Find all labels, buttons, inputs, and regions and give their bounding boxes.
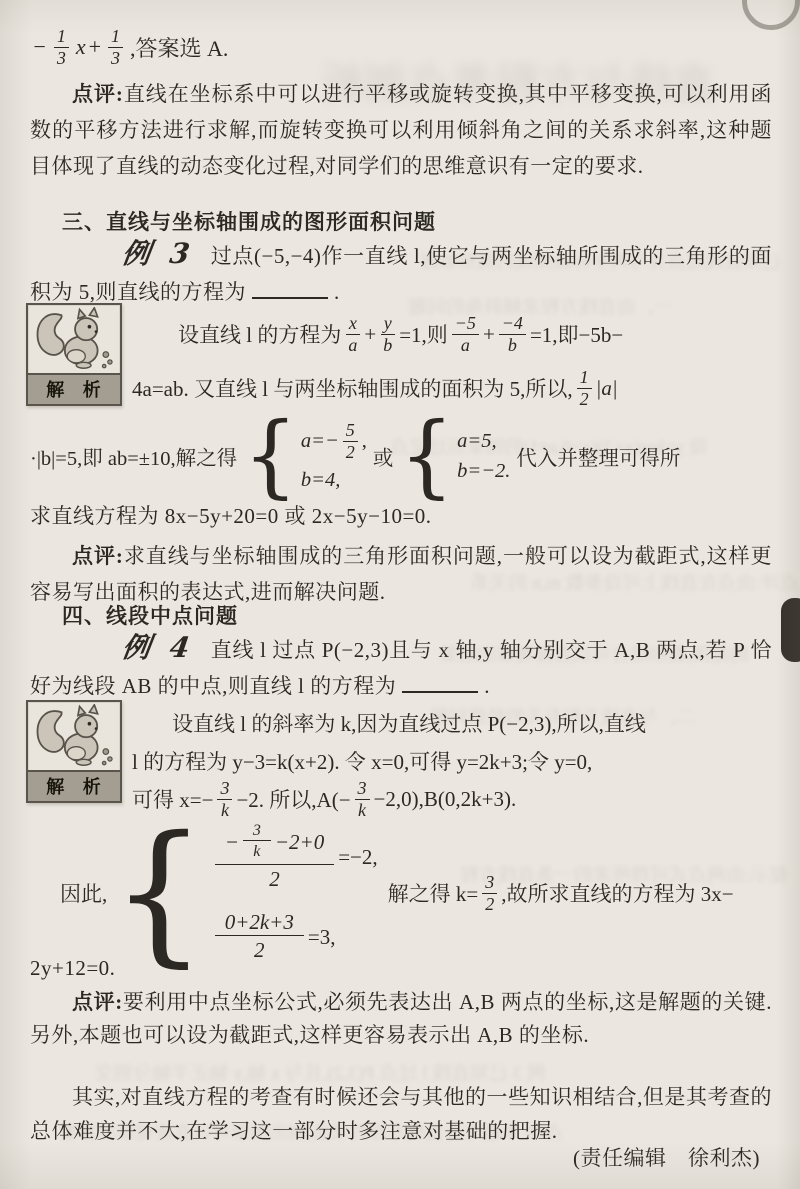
analysis-mascot-box: 解 析	[26, 700, 122, 803]
example-3-solution: 设直线 l 的方程为 xa + yb =1,则 −5a + −4b =1,即−5…	[132, 306, 777, 414]
fraction-denominator: a	[345, 335, 360, 356]
fraction-one-third: 13	[108, 26, 123, 68]
fraction-three-halves: 32	[482, 872, 497, 914]
comment-label: 点评:	[72, 990, 123, 1014]
fraction-numerator: 3	[243, 822, 271, 841]
period: .	[334, 280, 340, 304]
plus-sign: +	[364, 322, 376, 347]
fraction-numerator: 1	[577, 367, 592, 389]
variable-x: x	[76, 34, 86, 60]
intro-formula-line: − 13 x + 13 ,答案选 A.	[32, 26, 228, 68]
fraction-numerator: 3	[217, 778, 232, 800]
equation-continuation: 2y+12=0.	[30, 950, 772, 986]
fraction-numerator: 3	[355, 778, 370, 800]
fraction-three-over-k: 3k	[243, 822, 271, 864]
solution-text: −2,0),B(0,2k+3).	[374, 787, 517, 812]
comment-paragraph-1: 点评:直线在坐标系中可以进行平移或旋转变换,其中平移变换,可以利用函数的平移方法…	[30, 76, 772, 184]
fraction-numerator: x	[346, 313, 360, 335]
answer-blank	[402, 670, 478, 693]
section-heading-3: 三、直线与坐标轴围成的图形面积问题	[62, 206, 436, 236]
numerator-text: 0+2k+3	[225, 910, 294, 935]
solution-text: =1,即−5b−	[530, 319, 623, 349]
solution-text: 4a=ab. 又直线 l 与两坐标轴围成的面积为 5,所以,	[132, 373, 573, 403]
fraction-one-third: 13	[54, 26, 69, 68]
system-conclusion: 解之得 k= 32 ,故所求直线的方程为 3x−	[388, 872, 734, 914]
answer-choice-text: ,答案选 A.	[130, 32, 228, 63]
example-3-result: 求直线方程为 8x−5y+20=0 或 2x−5y−10=0.	[30, 498, 772, 534]
case-system-1: { a=−52, b=4,	[243, 420, 367, 492]
fraction-denominator: 2	[577, 389, 592, 410]
fraction-denominator: b	[505, 335, 520, 356]
fraction-denominator: k	[218, 800, 232, 821]
fraction-denominator: 3	[108, 48, 123, 69]
comment-text: 直线在坐标系中可以进行平移或旋转变换,其中平移变换,可以利用函数的平移方法进行求…	[30, 82, 772, 178]
solution-text: 代入并整理可得所	[516, 441, 680, 471]
plus-sign: +	[483, 322, 495, 347]
fraction-numerator: 1	[54, 26, 69, 48]
solution-text: 设直线 l 的方程为	[178, 319, 341, 349]
case-line: a=−52,	[301, 420, 367, 462]
page-ring-artifact	[742, 0, 800, 30]
solution-line: 设直线 l 的斜率为 k,因为直线过点 P(−2,3),所以,直线	[132, 704, 777, 742]
left-brace: {	[243, 420, 298, 492]
fraction-x-over-a: xa	[345, 313, 360, 355]
fraction-y-over-b: yb	[380, 313, 395, 355]
fraction-denominator: a	[458, 335, 473, 356]
example-3-label: 例 3	[74, 236, 197, 272]
fraction-denominator: b	[380, 335, 395, 356]
comment-label: 点评:	[72, 544, 123, 568]
solution-line: 设直线 l 的方程为 xa + yb =1,则 −5a + −4b =1,即−5…	[132, 306, 777, 362]
fraction-denominator: 2	[482, 894, 497, 915]
case-system-2: { a=5, b=−2.	[399, 422, 510, 491]
denominator-text: 2	[259, 865, 290, 894]
fraction-five-halves: 52	[343, 420, 358, 462]
page-edge-mark	[781, 598, 800, 662]
midpoint-equation-system: 因此, { − 3k −2+0 2 =−2, 0+2k+3 2	[60, 822, 734, 965]
answer-blank	[252, 276, 328, 299]
solution-text: |a|	[596, 376, 618, 401]
numerator-text: −	[225, 830, 239, 855]
big-fraction: − 3k −2+0 2	[215, 822, 335, 894]
section-heading-4: 四、线段中点问题	[62, 600, 238, 630]
fraction-numerator: 3	[482, 872, 497, 894]
system-lead: 因此,	[60, 878, 107, 908]
example-4-statement: 例 4直线 l 过点 P(−2,3)且与 x 轴,y 轴分别交于 A,B 两点,…	[30, 630, 772, 704]
comment-text: 要利用中点坐标公式,必须先表达出 A,B 两点的坐标,这是解题的关键. 另外,本…	[30, 990, 772, 1047]
analysis-mascot-box: 解 析	[26, 303, 122, 406]
fraction-denominator: k	[355, 800, 369, 821]
system-equation-1: − 3k −2+0 2 =−2,	[211, 822, 378, 894]
left-brace: {	[399, 420, 454, 492]
fraction-one-half: 12	[577, 367, 592, 409]
fraction-denominator: k	[243, 841, 270, 863]
case-line: a=5,	[457, 430, 496, 453]
equation-rhs: =3,	[308, 925, 336, 950]
fraction-numerator: 1	[108, 26, 123, 48]
left-brace: {	[111, 838, 206, 948]
example-4-label: 例 4	[74, 630, 197, 666]
fraction-neg4-over-b: −4b	[499, 313, 526, 355]
squirrel-illustration	[28, 702, 120, 770]
fraction-three-over-k: 3k	[355, 778, 370, 820]
period: .	[484, 674, 490, 698]
or-word: 或	[373, 441, 394, 471]
example-4-solution: 设直线 l 的斜率为 k,因为直线过点 P(−2,3),所以,直线 l 的方程为…	[132, 704, 777, 780]
analysis-label: 解 析	[28, 770, 120, 801]
analysis-label-text: 解 析	[46, 380, 108, 400]
fraction-numerator: −4	[499, 313, 526, 335]
equation-rhs: =−2,	[338, 845, 377, 870]
numerator-text: −2+0	[275, 830, 324, 855]
case-text: a=−	[301, 430, 339, 453]
fraction-denominator: 3	[54, 48, 69, 69]
closing-paragraph: 其实,对直线方程的考查有时候还会与其他的一些知识相结合,但是其考查的总体难度并不…	[30, 1080, 772, 1148]
comment-label: 点评:	[72, 82, 123, 106]
solution-text: 解之得 k=	[388, 878, 479, 908]
case-text: ,	[362, 430, 367, 453]
fraction-denominator: 2	[343, 442, 358, 463]
comment-paragraph-3: 点评:要利用中点坐标公式,必须先表达出 A,B 两点的坐标,这是解题的关键. 另…	[30, 986, 772, 1052]
solution-line: l 的方程为 y−3=k(x+2). 令 x=0,可得 y=2k+3;令 y=0…	[132, 742, 777, 780]
plus-sign: +	[89, 34, 101, 60]
case-line: b=4,	[301, 469, 340, 492]
minus-sign: −	[32, 34, 47, 60]
analysis-label: 解 析	[28, 373, 120, 404]
fraction-numerator: 5	[343, 420, 358, 442]
fraction-numerator: −5	[452, 313, 479, 335]
example-3-statement: 例 3过点(−5,−4)作一直线 l,使它与两坐标轴所围成的三角形的面积为 5,…	[30, 236, 772, 310]
solution-text: ·|b|=5,即 ab=±10,解之得	[30, 441, 237, 471]
comment-text: 求直线与坐标轴围成的三角形面积问题,一般可以设为截距式,这样更容易写出面积的表达…	[30, 544, 772, 604]
solution-text: −2. 所以,A(−	[236, 784, 350, 814]
case-line: b=−2.	[457, 460, 510, 483]
analysis-label-text: 解 析	[46, 777, 108, 797]
fraction-neg5-over-a: −5a	[452, 313, 479, 355]
squirrel-illustration	[28, 305, 120, 373]
solution-text: =1,则	[399, 319, 448, 349]
solution-line: 4a=ab. 又直线 l 与两坐标轴围成的面积为 5,所以, 12 |a|	[132, 362, 777, 414]
solution-text: ,故所求直线的方程为 3x−	[501, 878, 733, 908]
fraction-numerator: y	[381, 313, 395, 335]
editor-credit: (责任编辑 徐利杰)	[30, 1140, 760, 1176]
example-3-cases-line: ·|b|=5,即 ab=±10,解之得 { a=−52, b=4, 或 { a=…	[30, 420, 778, 492]
fraction-three-over-k: 3k	[217, 778, 232, 820]
